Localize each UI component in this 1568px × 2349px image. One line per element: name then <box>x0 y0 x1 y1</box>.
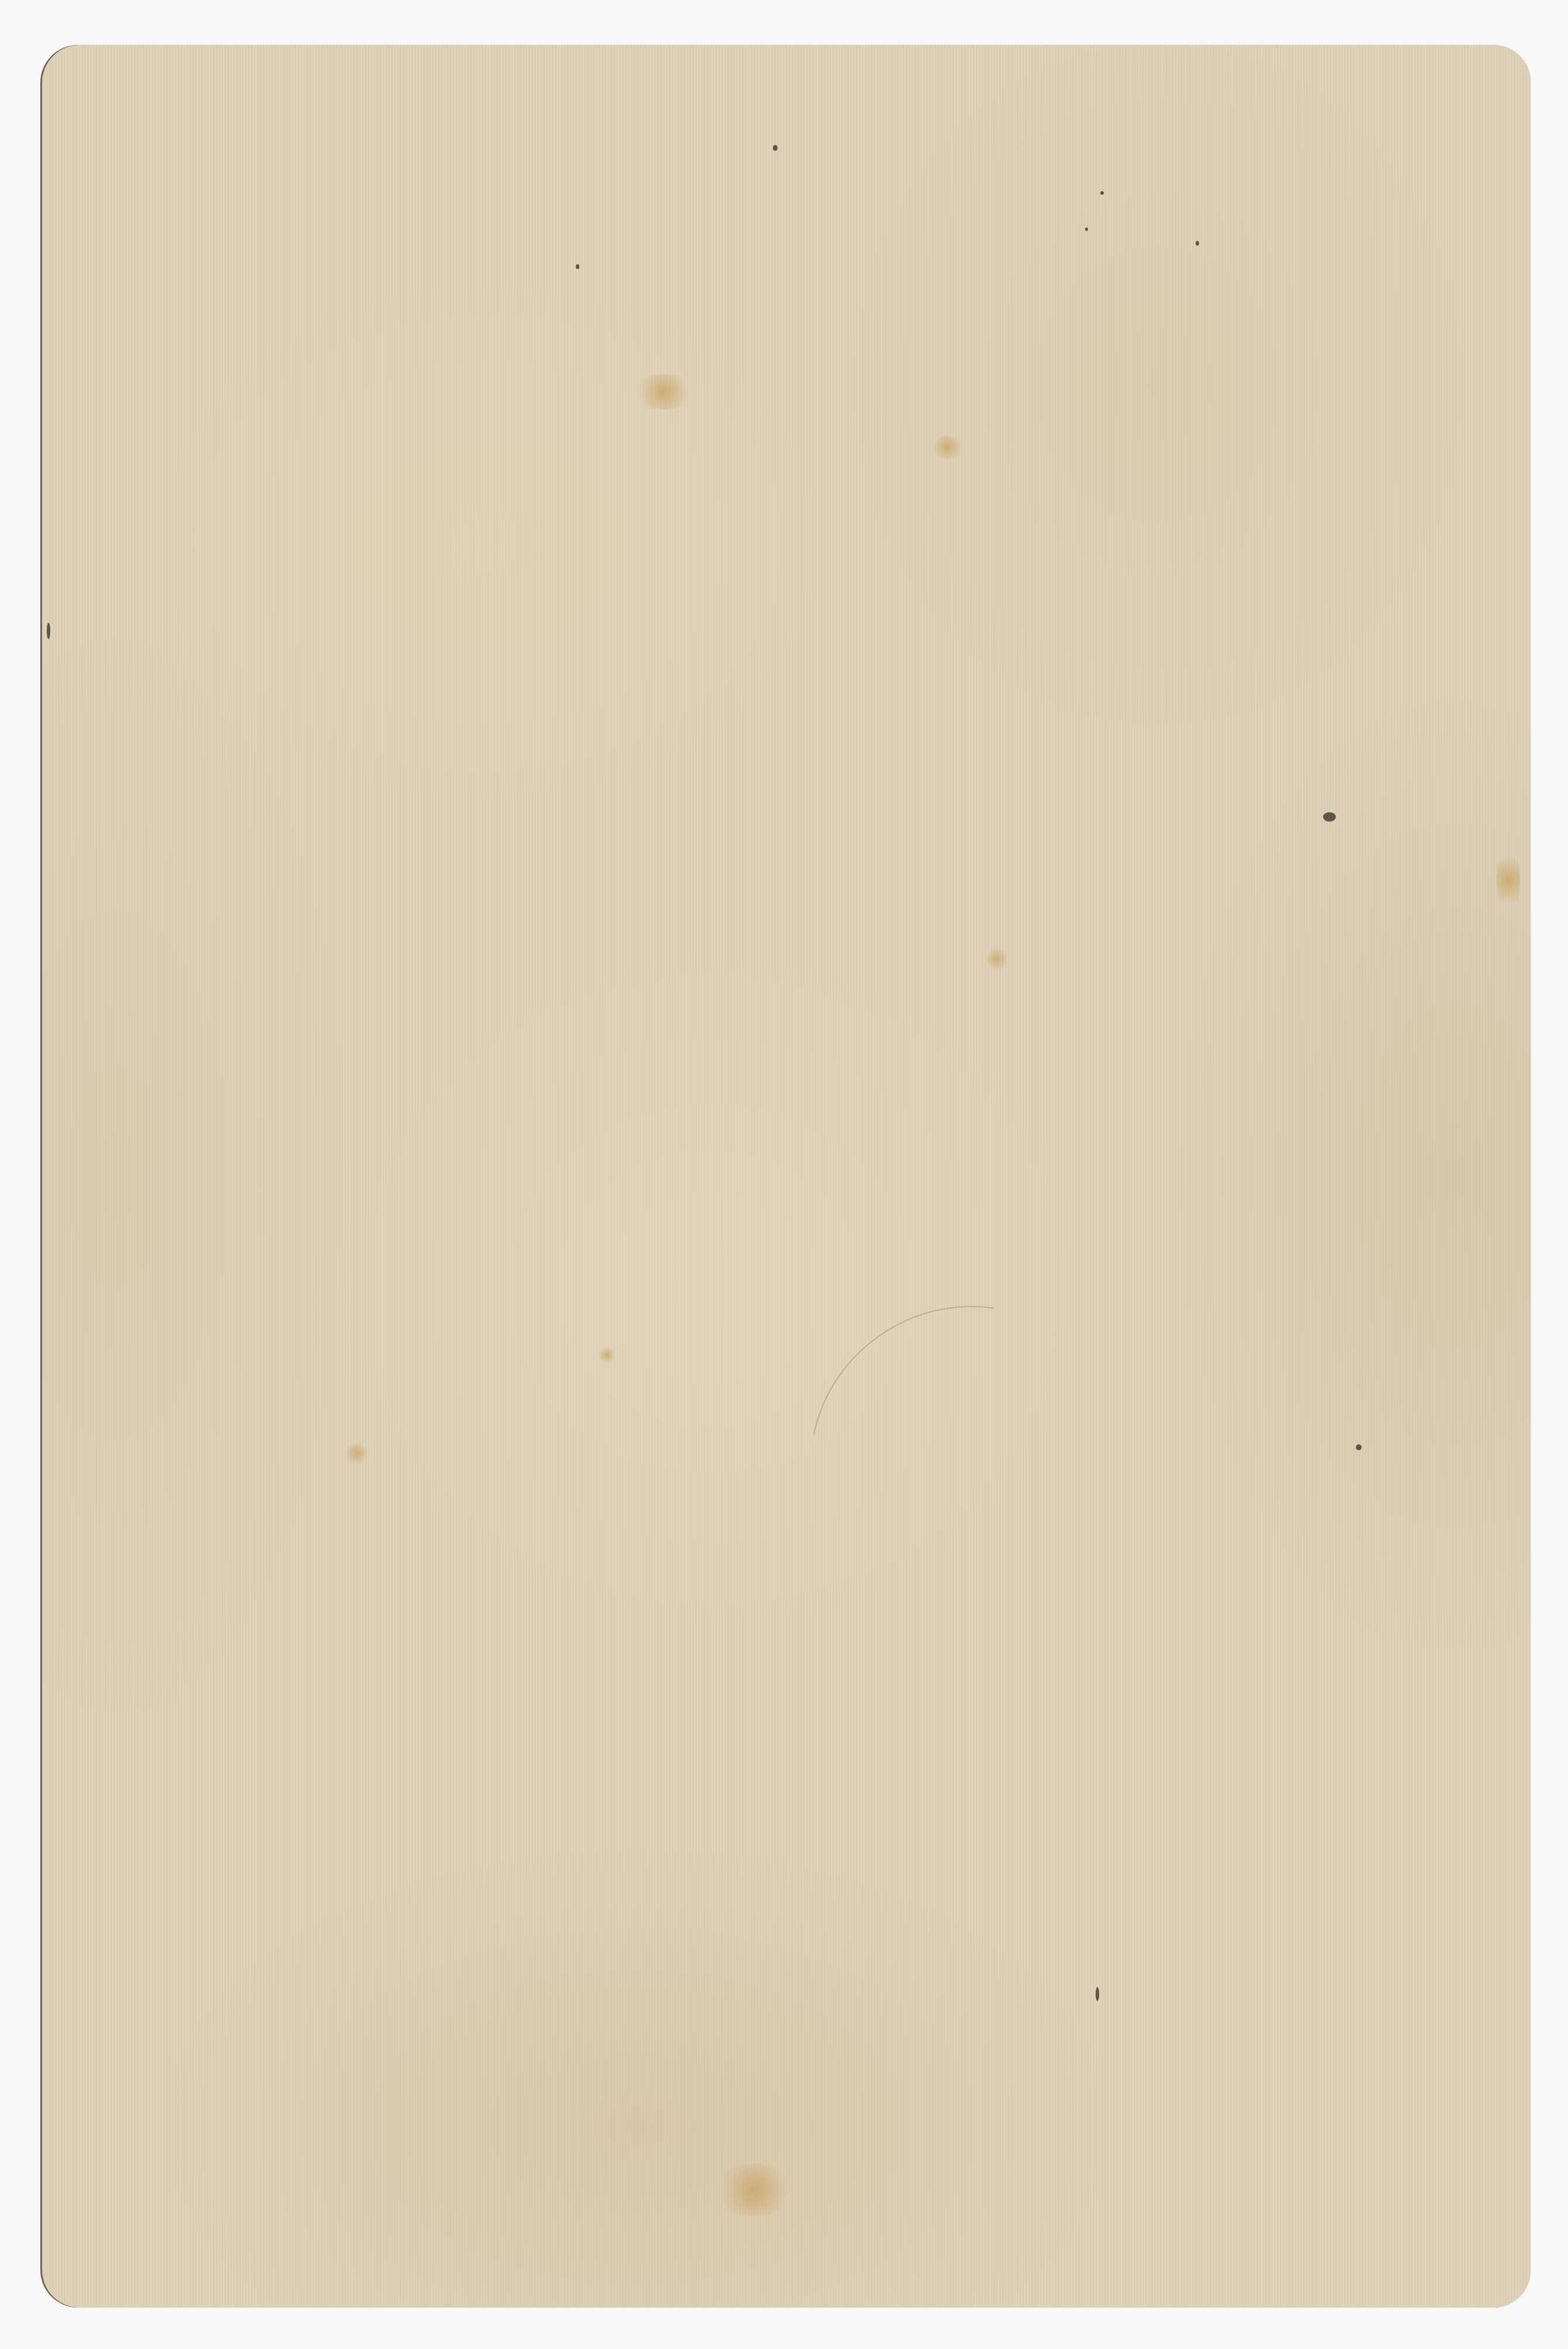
dust-speck <box>1085 227 1088 231</box>
dust-speck <box>1323 812 1336 822</box>
dust-speck <box>1356 1444 1362 1450</box>
foxing-stain <box>1497 848 1520 912</box>
foxing-stain <box>985 947 1009 971</box>
dust-speck <box>773 145 778 151</box>
foxing-stain <box>930 436 965 459</box>
dust-speck <box>47 623 50 639</box>
surface-scratch <box>754 1247 1167 1655</box>
foxing-stain <box>713 2164 795 2216</box>
dust-speck <box>1196 241 1199 246</box>
foxing-stain <box>631 374 696 409</box>
dust-speck <box>576 264 579 269</box>
foxing-stain <box>598 1346 616 1364</box>
dust-speck <box>1100 191 1104 195</box>
cabinet-card-back <box>42 45 1531 2307</box>
dust-speck <box>1096 1987 1099 2001</box>
foxing-stain <box>345 1441 368 1465</box>
